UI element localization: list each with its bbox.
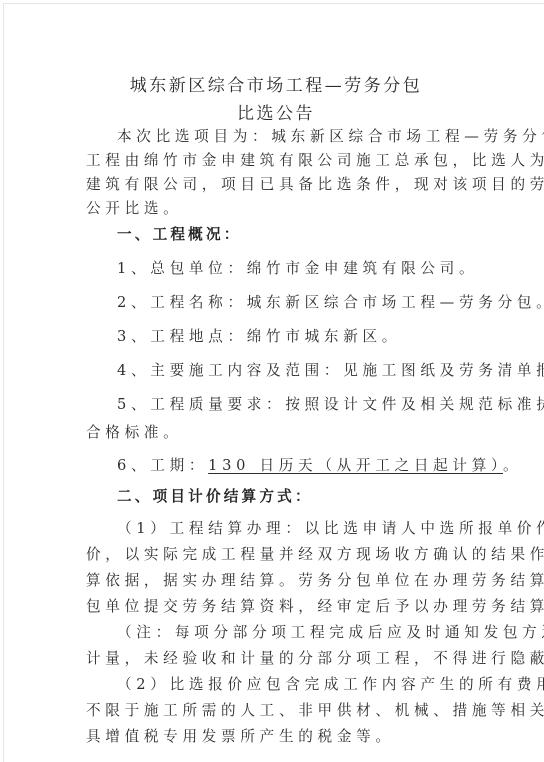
intro-line: 建筑有限公司，项目已具备比选条件，现对该项目的劳务施工进行 xyxy=(86,176,544,194)
section-heading: 一、工程概况： xyxy=(117,226,242,244)
list-item: 5、工程质量要求：按照设计文件及相关规范标准执行，达到 xyxy=(117,396,544,414)
list-item: 4、主要施工内容及范围：见施工图纸及劳务清单报价表。 xyxy=(117,362,544,380)
section-heading: 二、项目计价结算方式： xyxy=(117,488,313,506)
list-item: 3、工程地点：绵竹市城东新区。 xyxy=(117,328,401,346)
document-page: 城东新区综合市场工程—劳务分包 比选公告 本次比选项目为：城东新区综合市场工程—… xyxy=(3,3,544,762)
document-title-line1: 城东新区综合市场工程—劳务分包 xyxy=(4,71,544,96)
intro-line: 公开比选。 xyxy=(86,200,182,218)
paragraph-line: 包单位提交劳务结算资料，经审定后予以办理劳务结算。 xyxy=(86,598,544,616)
duration-suffix: 。 xyxy=(503,457,522,474)
list-item: 2、工程名称：城东新区综合市场工程—劳务分包。 xyxy=(117,294,544,312)
paragraph-line: 算依据，据实办理结算。劳务分包单位在办理劳务结算时，须向总 xyxy=(86,572,544,590)
intro-line: 本次比选项目为：城东新区综合市场工程—劳务分包比选，本 xyxy=(117,128,544,146)
list-item: 1、总包单位：绵竹市金申建筑有限公司。 xyxy=(117,260,478,278)
document-title-line2: 比选公告 xyxy=(4,99,544,124)
note-line: （注：每项分部分项工程完成后应及时通知发包方进行验收、 xyxy=(117,624,544,642)
intro-line: 工程由绵竹市金申建筑有限公司施工总承包，比选人为绵竹市金申 xyxy=(86,152,544,170)
duration-value: 130 日历天（从开工之日起计算） xyxy=(208,457,503,474)
list-item-duration: 6、工期：130 日历天（从开工之日起计算）。 xyxy=(117,457,522,475)
paragraph-line: 具增值税专用发票所产生的税金等。 xyxy=(86,728,395,746)
duration-label: 6、工期： xyxy=(117,457,208,474)
list-item-continuation: 合格标准。 xyxy=(86,424,182,442)
paragraph-line: 价，以实际完成工程量并经双方现场收方确认的结果作为工程量结 xyxy=(86,546,544,564)
paragraph-line: （2）比选报价应包含完成工作内容产生的所有费用（包含且 xyxy=(117,676,544,694)
note-line: 计量，未经验收和计量的分部分项工程，不得进行隐蔽）。 xyxy=(86,650,544,668)
paragraph-line: 不限于施工所需的人工、非甲供材、机械、措施等相关费用）及出 xyxy=(86,702,544,720)
paragraph-line: （1）工程结算办理：以比选申请人中选所报单价作为结算单 xyxy=(117,520,544,538)
